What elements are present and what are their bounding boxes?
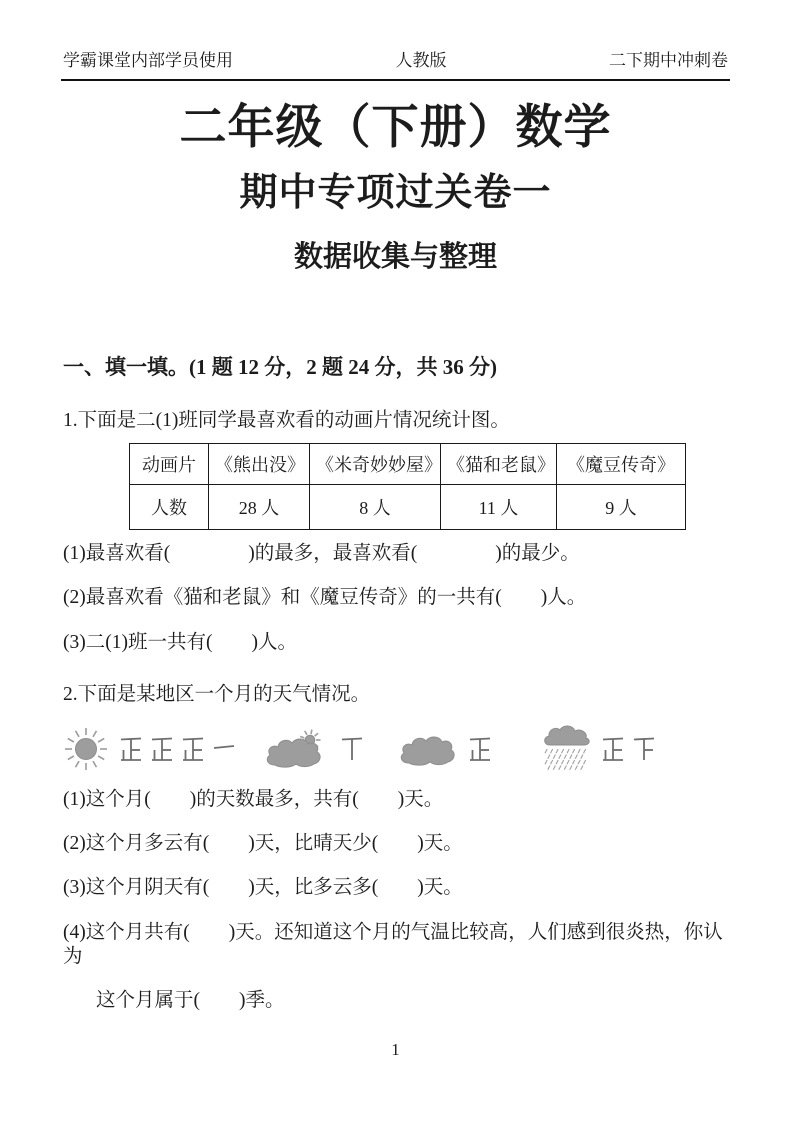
weather-item-partly-cloudy [262, 729, 398, 769]
table-cell: 《米奇妙妙屋》 [310, 444, 441, 485]
weather-tally-row [63, 722, 730, 776]
weather-item-rainy [541, 725, 656, 773]
header-left-text: 学霸课堂内部学员使用 [63, 46, 233, 71]
title-exam: 期中专项过关卷一 [0, 173, 791, 215]
q1-sub-1: (1)最喜欢看( )的最多，最喜欢看( )的最少。 [63, 542, 730, 566]
table-cell: 《魔豆传奇》 [557, 444, 686, 485]
q2-sub-1: (1)这个月( )的天数最多，共有( )天。 [63, 788, 730, 812]
title-grade: 二年级（下册）数学 [0, 103, 791, 155]
table-cell: 11 人 [441, 485, 557, 530]
q2-sub-2: (2)这个月多云有( )天，比晴天少( )天。 [63, 832, 730, 856]
table-cell: 动画片 [130, 444, 209, 485]
weather-item-sunny [63, 726, 262, 772]
tally-mark-5 [468, 735, 492, 763]
table-cell: 9 人 [557, 485, 686, 530]
page-number: 1 [0, 1040, 791, 1060]
table-cell: 28 人 [209, 485, 310, 530]
rain-lines [545, 749, 586, 770]
partly-cloudy-tally-marks [340, 735, 364, 763]
q1-anime-table: 动画片 《熊出没》 《米奇妙妙屋》 《猫和老鼠》 《魔豆传奇》 人数 28 人 … [129, 443, 686, 530]
page-header: 学霸课堂内部学员使用 人教版 二下期中冲刺卷 [61, 0, 730, 81]
q2-sub-3: (3)这个月阴天有( )天，比多云多( )天。 [63, 876, 730, 900]
tally-mark-2 [340, 735, 364, 763]
question2-stem: 2.下面是某地区一个月的天气情况。 [63, 683, 730, 707]
table-row-values: 人数 28 人 8 人 11 人 9 人 [130, 485, 686, 530]
table-row-header: 动画片 《熊出没》 《米奇妙妙屋》 《猫和老鼠》 《魔豆传奇》 [130, 444, 686, 485]
q1-sub-2: (2)最喜欢看《猫和老鼠》和《魔豆传奇》的一共有( )人。 [63, 586, 730, 610]
tally-mark-5 [119, 735, 143, 763]
q2-sub-4-line2: 这个月属于( )季。 [63, 989, 730, 1013]
partly-cloudy-icon [262, 729, 330, 769]
section-one-heading: 一、填一填。(1 题 12 分，2 题 24 分，共 36 分) [63, 354, 730, 380]
header-center-text: 人教版 [396, 46, 447, 71]
table-cell: 《熊出没》 [209, 444, 310, 485]
tally-mark-5 [181, 735, 205, 763]
tally-mark-3 [632, 735, 656, 763]
header-right-text: 二下期中冲刺卷 [609, 46, 728, 71]
rain-icon [541, 725, 591, 773]
tally-mark-5 [601, 735, 625, 763]
question1-stem: 1.下面是二(1)班同学最喜欢看的动画片情况统计图。 [63, 409, 730, 433]
worksheet-page: 学霸课堂内部学员使用 人教版 二下期中冲刺卷 二年级（下册）数学 期中专项过关卷… [0, 0, 791, 1122]
tally-mark-1 [212, 735, 236, 763]
table-cell: 《猫和老鼠》 [441, 444, 557, 485]
q1-sub-3: (3)二(1)班一共有( )人。 [63, 631, 730, 655]
weather-item-cloudy [398, 731, 541, 767]
table-cell: 人数 [130, 485, 209, 530]
title-topic: 数据收集与整理 [0, 242, 791, 274]
q2-sub-4-line1: (4)这个月共有( )天。还知道这个月的气温比较高，人们感到很炎热，你认为 [63, 921, 730, 970]
cloudy-tally-marks [468, 735, 492, 763]
tally-mark-5 [150, 735, 174, 763]
sunny-tally-marks [119, 735, 236, 763]
cloudy-icon [398, 731, 458, 767]
table-cell: 8 人 [310, 485, 441, 530]
sun-icon [63, 726, 109, 772]
rainy-tally-marks [601, 735, 656, 763]
